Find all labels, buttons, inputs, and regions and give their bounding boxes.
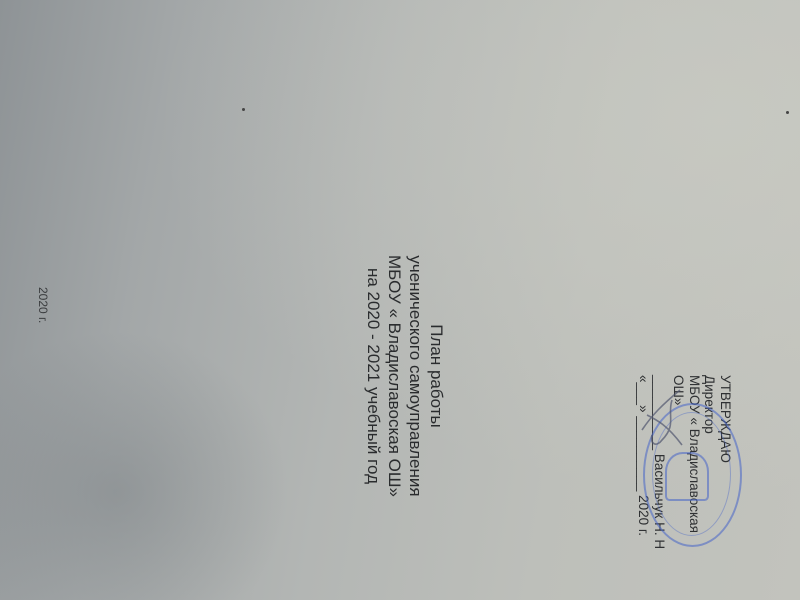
shadow-overlay xyxy=(0,330,290,600)
speck xyxy=(786,111,789,114)
speck xyxy=(242,108,245,111)
title-line-1: План работы xyxy=(426,255,447,497)
title-line-3: МБОУ « Владиславоская ОШ» xyxy=(384,255,405,497)
title-line-4: на 2020 - 2021 учебный год xyxy=(363,255,384,497)
signature-icon xyxy=(632,385,692,455)
document-title: План работы ученического самоуправления … xyxy=(363,255,447,497)
title-line-2: ученического самоуправления xyxy=(405,255,426,497)
footer-year: 2020 г. xyxy=(36,287,50,323)
stamp-emblem-icon xyxy=(665,452,709,501)
